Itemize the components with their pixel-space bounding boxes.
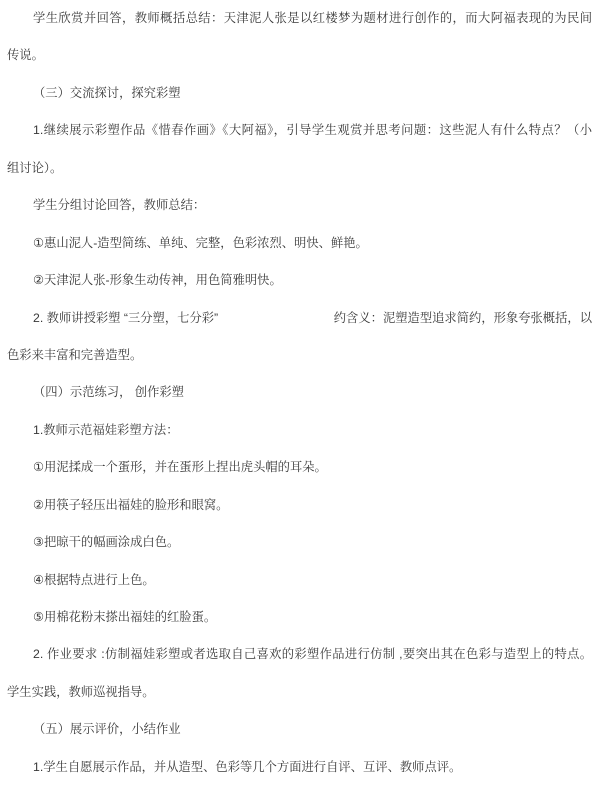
text-line: （五）展示评价，小结作业 bbox=[7, 711, 592, 748]
text-line: ④根据特点进行上色。 bbox=[7, 562, 592, 599]
text-line: ①惠山泥人-造型简练、单纯、完整，色彩浓烈、明快、鲜艳。 bbox=[7, 225, 592, 262]
text-line: 传说。 bbox=[7, 37, 592, 74]
text-line: 2. 作业要求 :仿制福娃彩塑或者选取自己喜欢的彩塑作品进行仿制 ,要突出其在色… bbox=[7, 636, 592, 673]
text-line: 组讨论）。 bbox=[7, 150, 592, 187]
document-page: 学生欣赏并回答，教师概括总结：天津泥人张是以红楼梦为题材进行创作的，而大阿福表现… bbox=[0, 0, 600, 786]
text-line: 学生分组讨论回答，教师总结： bbox=[7, 187, 592, 224]
text-segment-left: 2. 教师讲授彩塑 “三分塑，七分彩” bbox=[33, 300, 218, 337]
text-line: ②用筷子轻压出福娃的脸形和眼窝。 bbox=[7, 487, 592, 524]
text-line: 学生欣赏并回答，教师概括总结：天津泥人张是以红楼梦为题材进行创作的，而大阿福表现… bbox=[7, 0, 592, 37]
text-line: 色彩来丰富和完善造型。 bbox=[7, 337, 592, 374]
text-segment-right: 约含义：泥塑造型追求简约，形象夸张概括，以 bbox=[334, 300, 592, 337]
text-line: 1.教师示范福娃彩塑方法： bbox=[7, 412, 592, 449]
text-line: （四）示范练习， 创作彩塑 bbox=[7, 374, 592, 411]
text-line: ⑤用棉花粉末搽出福娃的红脸蛋。 bbox=[7, 599, 592, 636]
text-line: ①用泥揉成一个蛋形，并在蛋形上捏出虎头帽的耳朵。 bbox=[7, 449, 592, 486]
text-line: 学生实践，教师巡视指导。 bbox=[7, 674, 592, 711]
text-line: （三）交流探讨，探究彩塑 bbox=[7, 75, 592, 112]
text-line: ③把晾干的幅画涂成白色。 bbox=[7, 524, 592, 561]
text-line: 2. 教师讲授彩塑 “三分塑，七分彩”约含义：泥塑造型追求简约，形象夸张概括，以 bbox=[7, 300, 592, 337]
text-line: ②天津泥人张-形象生动传神，用色简雅明快。 bbox=[7, 262, 592, 299]
text-line: 1.学生自愿展示作品，并从造型、色彩等几个方面进行自评、互评、教师点评。 bbox=[7, 749, 592, 786]
text-line: 1.继续展示彩塑作品《惜春作画》《大阿福》，引导学生观赏并思考问题：这些泥人有什… bbox=[7, 112, 592, 149]
document-text-body: 学生欣赏并回答，教师概括总结：天津泥人张是以红楼梦为题材进行创作的，而大阿福表现… bbox=[7, 0, 592, 786]
